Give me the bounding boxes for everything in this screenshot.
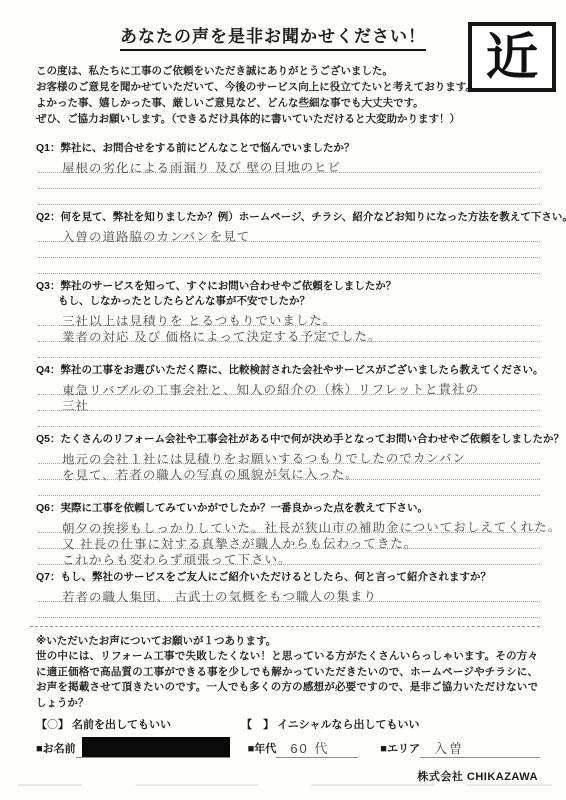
age-field: 60 代 [276, 738, 358, 758]
company-name: 株式会社 CHIKAZAWA [417, 771, 538, 783]
answer-line: 三社以上は見積りを とるつもりでいました。 [38, 310, 540, 326]
handwritten-answer: 入曽の道路脇のカンバンを見て [62, 227, 250, 246]
intro-line: お客様のご意見を聞かせていただいて、今後のサービス向上に役立てたいと考えておりま… [36, 79, 540, 95]
name-field [76, 737, 230, 758]
consent-option-label: イニシャルなら出してもいい [274, 719, 419, 731]
logo-kanji-icon: 近 [486, 32, 539, 82]
handwritten-answer: これからも変わらず頑張って下さい。 [62, 550, 292, 569]
handwritten-answer: 屋根の劣化による雨漏り 及び 壁の目地のヒビ [62, 158, 341, 177]
intro-line: よかった事、嬉しかった事、厳しいご意見など、どんな些細な事でも大丈夫です。 [36, 95, 540, 111]
handwritten-answer: を見て、若者の職人の写真の風貌が気に入った。 [62, 464, 359, 483]
consent-option-initial: 【 】 イニシャルなら出してもいい [241, 716, 419, 732]
page-title: あなたの声を是非お聞かせください！ [120, 22, 426, 51]
handwritten-answer: 若者の職人集団、 古武士の気概をもつ職人の集まり [62, 586, 377, 605]
empty-mark [252, 719, 263, 731]
question-label: Q4：弊社の工事をお選びいただく際に、比較検討された会社やサービスがございました… [36, 364, 540, 377]
handwritten-answer: 業者の対応 及び 価格によって決定する予定でした。 [62, 326, 382, 345]
question-label: Q7：もし、弊社のサービスをご友人にご紹介いただけるとしたら、何と言って紹介され… [36, 571, 540, 584]
intro-line: ぜひ、ご協力お願いします。（できるだけ具体的に書いていただけると大変助かります！… [36, 111, 540, 127]
questionnaire-page: あなたの声を是非お聞かせください！ 近 この度は、私たちに工事のご依頼をいただき… [0, 0, 566, 800]
answer-line [38, 411, 540, 427]
handwritten-answer: 東急リバブルの工事会社と、知人の紹介の（株）リフレットと貴社の [62, 379, 479, 398]
handwritten-answer: 三社 [62, 396, 89, 414]
name-field-label: ■お名前 [36, 740, 76, 758]
age-field-label: ■年代 [248, 740, 277, 758]
answer-line: を見て、若者の職人の写真の風貌が気に入った。 [38, 464, 540, 480]
bracket: 【 [36, 719, 47, 731]
question-label: Q3：弊社のサービスを知って、すぐにお問い合わせやご依頼をしましたか？ [36, 280, 540, 293]
answer-line: 入曽の道路脇のカンバンを見て [38, 226, 540, 242]
question-block-q3: Q3：弊社のサービスを知って、すぐにお問い合わせやご依頼をしましたか？ もし、し… [36, 280, 540, 358]
company-logo: 近 [468, 22, 556, 92]
redacted-name-value [82, 737, 230, 757]
question-label: Q5：たくさんのリフォーム会社や工事会社がある中で何が決め手となってお問い合わせ… [36, 433, 540, 446]
intro-paragraph: この度は、私たちに工事のご依頼をいただき誠にありがとうございました。 お客様のご… [36, 63, 540, 127]
answer-line: 東急リバブルの工事会社と、知人の紹介の（株）リフレットと貴社の [38, 379, 540, 395]
consent-option-name: 【〇】 名前を出してもいい [36, 716, 171, 732]
question-block-q4: Q4：弊社の工事をお選びいただく際に、比較検討された会社やサービスがございました… [36, 364, 540, 427]
bracket: 【 [241, 719, 252, 731]
question-sublabel: もし、しなかったとしたらどんな事が不安でしたか？ [36, 295, 540, 308]
header: あなたの声を是非お聞かせください！ [76, 22, 470, 51]
respondent-info-row: ■お名前 ■年代 60 代 ■エリア 入曽 [36, 737, 540, 758]
company-row: 株式会社 CHIKAZAWA [36, 767, 540, 785]
answer-line: 地元の会社１社には見積りをお願いするつもりでしたのでカンバン [38, 448, 540, 464]
question-block-q7: Q7：もし、弊社のサービスをご友人にご紹介いただけるとしたら、何と言って紹介され… [36, 571, 540, 618]
area-field-label: ■エリア [380, 740, 420, 758]
question-label: Q1：弊社に、お問合せをする前にどんなことで悩んでいましたか？ [36, 142, 540, 155]
note-body: 世の中には、リフォーム工事で失敗したくない！と思っている方がたくさんいらっしゃい… [36, 649, 538, 711]
question-block-q6: Q6：実際に工事を依頼してみていかがでしたか？一番良かった点を教えて下さい。 朝… [36, 502, 540, 565]
question-block-q1: Q1：弊社に、お問合せをする前にどんなことで悩んでいましたか？ 屋根の劣化による… [36, 142, 540, 205]
note-heading: ※いただいたお声についてお願いが１つあります。 [36, 633, 540, 649]
answer-line [38, 258, 540, 274]
separator-line [30, 626, 540, 627]
intro-line: この度は、私たちに工事のご依頼をいただき誠にありがとうございました。 [36, 63, 540, 79]
handwritten-area: 入曽 [434, 738, 464, 757]
answer-line: 屋根の劣化による雨漏り 及び 壁の目地のヒビ [38, 157, 540, 173]
answer-line: 朝夕の挨拶もしっかりしていた。社長が狭山市の補助金についておしえてくれた。 [38, 517, 540, 533]
handwritten-circle-mark: 〇 [47, 719, 58, 731]
answer-line: 業者の対応 及び 価格によって決定する予定でした。 [38, 326, 540, 342]
question-block-q5: Q5：たくさんのリフォーム会社や工事会社がある中で何が決め手となってお問い合わせ… [36, 433, 540, 496]
handwritten-age: 60 代 [290, 738, 329, 757]
bracket: 】 [263, 719, 274, 731]
question-label: Q6：実際に工事を依頼してみていかがでしたか？一番良かった点を教えて下さい。 [36, 502, 540, 515]
consent-option-label: 名前を出してもいい [69, 719, 171, 731]
answer-line [38, 189, 540, 205]
area-field: 入曽 [420, 738, 540, 758]
answer-line: これからも変わらず頑張って下さい。 [38, 549, 540, 565]
answer-line: 若者の職人集団、 古武士の気概をもつ職人の集まり [38, 586, 540, 602]
question-label: Q2：何を見て、弊社を知りましたか？例）ホームページ、チラシ、紹介などお知りにな… [36, 211, 540, 224]
question-block-q2: Q2：何を見て、弊社を知りましたか？例）ホームページ、チラシ、紹介などお知りにな… [36, 211, 540, 274]
scan-artifact [18, 784, 552, 786]
bracket: 】 [58, 719, 69, 731]
consent-row: 【〇】 名前を出してもいい 【 】 イニシャルなら出してもいい [36, 716, 540, 732]
